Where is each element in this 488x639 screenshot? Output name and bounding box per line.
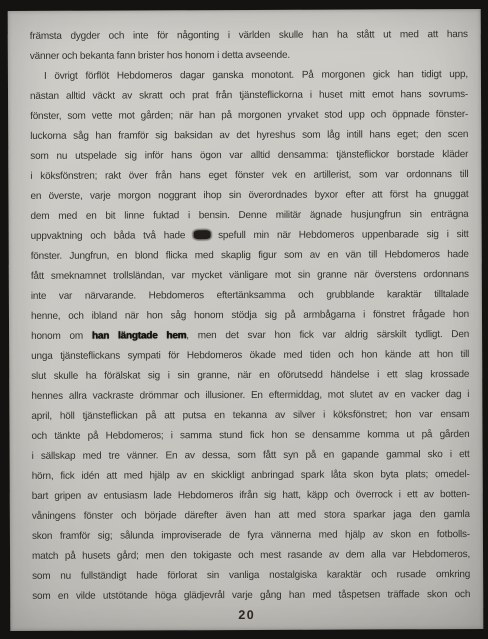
text-segment: fönster. Jungfrun, en blond flicka med s… [31,249,469,262]
text-segment: slut skulle ha förälskat sig i sin grann… [31,369,469,382]
text-line: som nu utspelade sig inför hans ögon var… [30,145,468,167]
smudged-emphasis-text: han längtade hem [92,330,186,341]
text-line: skon framför sig; sålunda improviserade … [32,525,470,547]
text-segment: som nu utspelade sig inför hans ögon var… [30,149,468,162]
text-line: slut skulle ha förälskat sig i sin grann… [31,365,469,387]
scan-background: främsta dygder och inte för någonting i … [0,0,488,639]
text-line: inte var närvarande. Hebdomeros eftertän… [31,285,469,307]
text-segment: fönster, som vette mot gården; när han p… [30,109,468,122]
text-line: fönster, som vette mot gården; när han p… [30,105,468,127]
text-line: fönster. Jungfrun, en blond flicka med s… [31,245,469,267]
text-segment: hennes allra vackraste drömmar och illus… [31,389,469,402]
text-segment: i sällskap med tre vänner. En av dessa, … [32,449,470,462]
inked-out-word [193,230,210,239]
text-segment: bart gripen av entusiasm lade Hebdomeros… [32,489,470,502]
book-page: främsta dygder och inte för någonting i … [8,9,484,631]
text-line: i köksfönstren; rakt över från hans eget… [30,165,468,187]
text-line: hörn, fick idén att med hjälp av en skic… [32,465,470,487]
text-segment: , men det svar hon fick var aldrig särsk… [186,329,469,341]
text-line: som nu fullständigt hade förlorat sin va… [32,565,470,587]
text-segment: en överste, varje morgon noggrant ihop s… [30,189,468,202]
text-line: en överste, varje morgon noggrant ihop s… [30,185,468,207]
text-segment: april, höll tjänsteflickan på att putsa … [31,409,469,422]
text-segment: honom om [31,331,92,342]
text-segment: I övrigt förflöt Hebdomeros dagar ganska… [44,69,468,82]
text-line: främsta dygder och inte för någonting i … [30,25,468,47]
text-line: bart gripen av entusiasm lade Hebdomeros… [32,485,470,507]
text-segment: vänner och bekanta fann brister hos hono… [30,50,290,62]
text-segment: främsta dygder och inte för någonting i … [30,29,468,42]
text-segment: luckorna såg han framför sig baksidan av… [30,129,468,142]
text-line: honom om han längtade hem, men det svar … [31,325,469,347]
text-segment: match på husets gård; men den tokigaste … [32,549,470,562]
text-line: vänner och bekanta fann brister hos hono… [30,45,468,67]
text-segment: dem med en bit linne fuktad i bensin. De… [31,209,469,222]
text-line: våningens fönster och började därefter ä… [32,505,470,527]
text-line: uppvaktning och båda två hade spefull mi… [31,225,469,247]
text-segment: fått smeknamnet trollsländan, var mycket… [31,269,469,282]
text-segment: spefull min när Hebdomeros uppenbarade s… [210,229,469,241]
text-line: I övrigt förflöt Hebdomeros dagar ganska… [30,65,468,87]
text-segment: nästan alltid väckt av skratt och prat f… [30,89,468,102]
screenshot-root: { "scan": { "border_color": "#141312", "… [0,0,488,639]
page-number: 20 [10,607,483,623]
text-line: som en vilde utstötande höga glädjevrål … [32,585,470,607]
text-segment: i köksfönstren; rakt över från hans eget… [30,169,468,182]
text-line: i sällskap med tre vänner. En av dessa, … [32,445,470,467]
text-segment: uppvaktning och båda två hade [31,230,194,242]
text-line: hennes allra vackraste drömmar och illus… [31,385,469,407]
text-line: april, höll tjänsteflickan på att putsa … [31,405,469,427]
text-segment: skon framför sig; sålunda improviserade … [32,529,470,542]
text-segment: hörn, fick idén att med hjälp av en skic… [32,469,470,482]
text-segment: våningens fönster och började därefter ä… [32,509,470,522]
text-line: luckorna såg han framför sig baksidan av… [30,125,468,147]
text-line: nästan alltid väckt av skratt och prat f… [30,85,468,107]
text-segment: och tänkte på Hebdomeros; i samma stund … [31,429,469,442]
page-text: främsta dygder och inte för någonting i … [30,25,471,609]
text-segment: inte var närvarande. Hebdomeros eftertän… [31,289,469,302]
text-segment: som en vilde utstötande höga glädjevrål … [32,589,470,602]
text-segment: henne, och ibland när hon såg honom stöd… [31,309,469,322]
text-line: henne, och ibland när hon såg honom stöd… [31,305,469,327]
text-line: fått smeknamnet trollsländan, var mycket… [31,265,469,287]
text-line: dem med en bit linne fuktad i bensin. De… [31,205,469,227]
text-segment: unga tjänsteflickans sympati för Hebdome… [31,349,469,362]
text-line: match på husets gård; men den tokigaste … [32,545,470,567]
text-line: och tänkte på Hebdomeros; i samma stund … [31,425,469,447]
text-line: unga tjänsteflickans sympati för Hebdome… [31,345,469,367]
text-segment: som nu fullständigt hade förlorat sin va… [32,569,470,582]
